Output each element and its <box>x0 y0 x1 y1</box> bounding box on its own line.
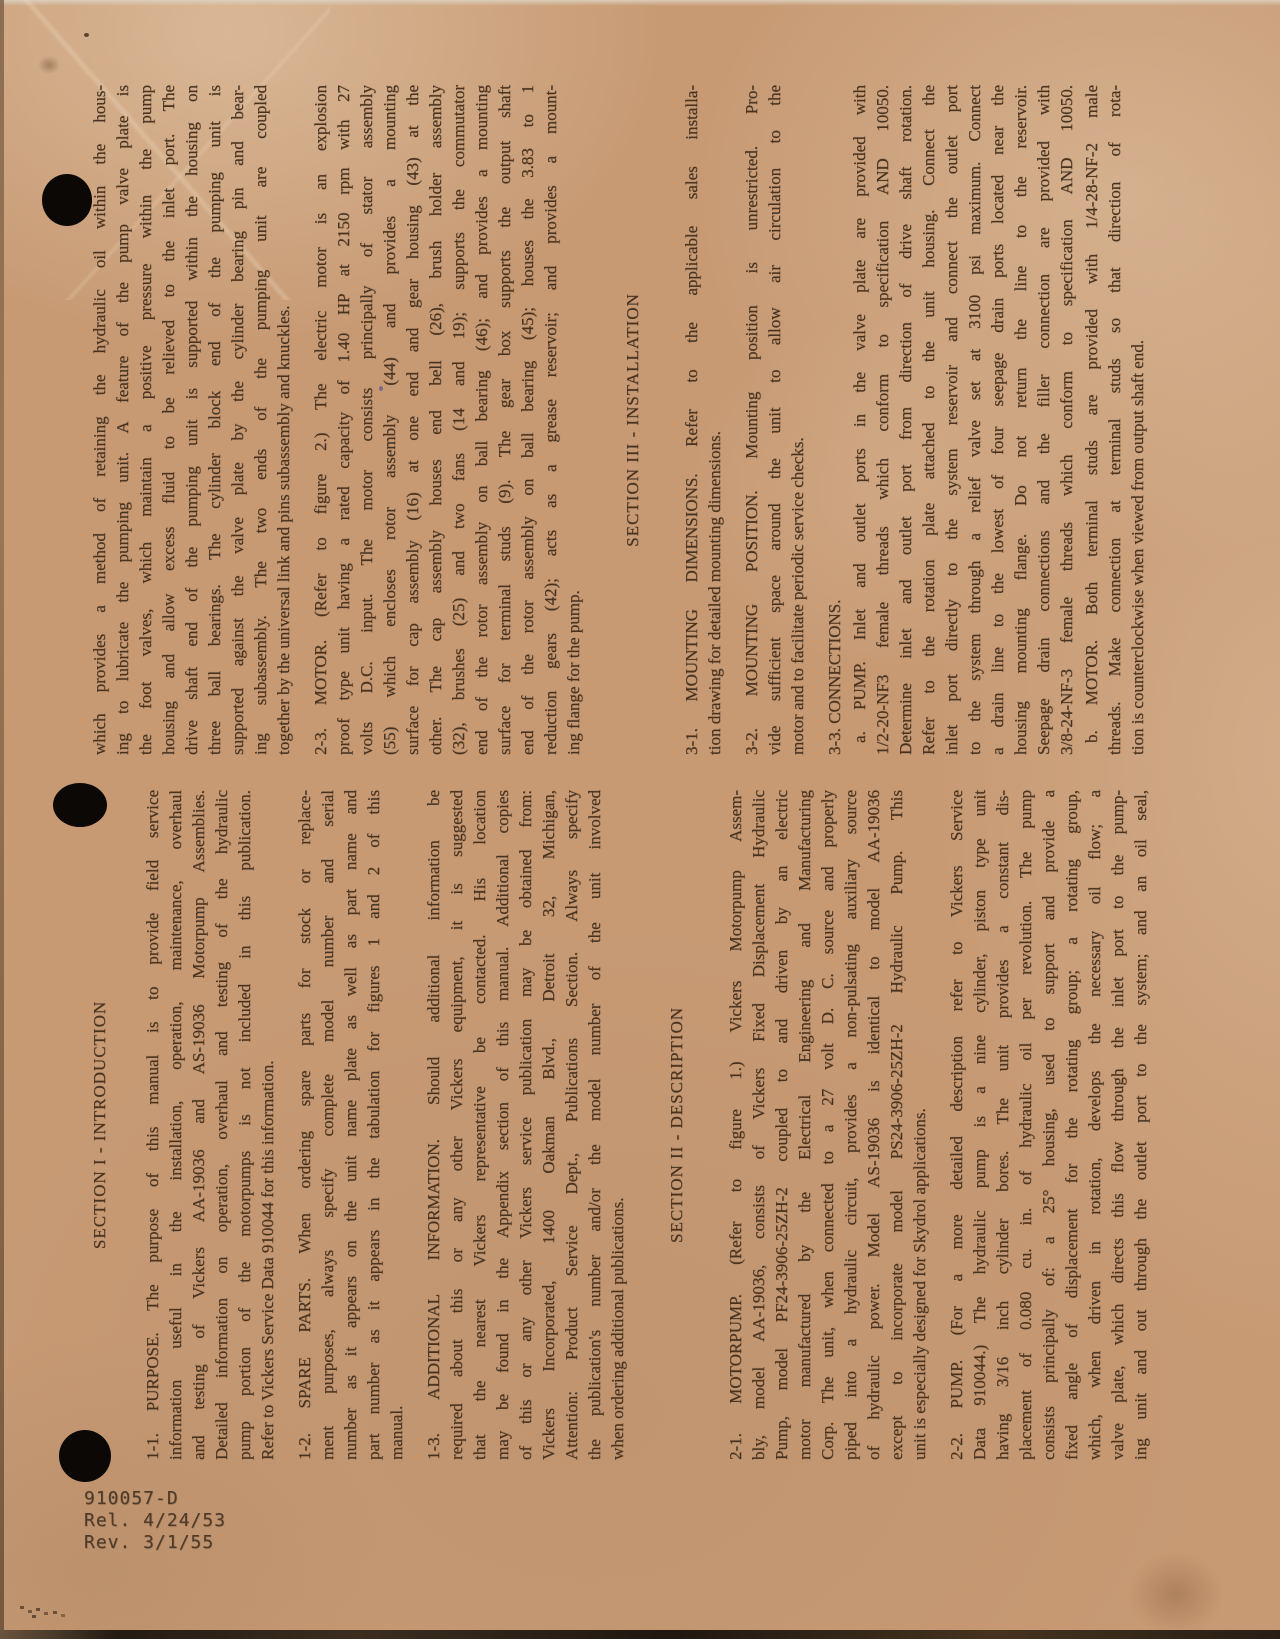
paragraph-2-3-body: 2-3. MOTOR. (Refer to figure 2.) The ele… <box>309 85 562 755</box>
stamp-release-date: Rel. 4/24/53 <box>84 1510 226 1532</box>
stamp-revision-date: Rev. 3/1/55 <box>84 1532 226 1554</box>
paragraph-1-1-lastline: Refer to Vickers Service Data 910044 for… <box>256 790 279 1460</box>
scanned-manual-page: SECTION I - INTRODUCTION 1-1. PURPOSE. T… <box>0 0 1280 1639</box>
paragraph-1-1-body: 1-1. PURPOSE. The purpose of this manual… <box>141 790 256 1460</box>
paragraph-1-2-body: 1-2. SPARE PARTS. When ordering spare pa… <box>293 790 385 1460</box>
section-3-heading: SECTION III - INSTALLATION <box>621 85 644 755</box>
paragraph-2-1: 2-1. MOTORPUMP. (Refer to figure 1.) Vic… <box>724 790 931 1460</box>
paragraph-3-3b-body: b. MOTOR. Both terminal studs are provid… <box>1080 85 1126 755</box>
paragraph-1-2-lastline: manual. <box>385 790 408 1460</box>
paragraph-2-2-continued-body: which provides a method of retaining the… <box>88 85 272 755</box>
section-1-heading: SECTION I - INTRODUCTION <box>88 790 111 1460</box>
paragraph-2-2: 2-2. PUMP. (For a more detailed descript… <box>945 790 1152 1460</box>
paragraph-3-2-body: 3-2. MOUNTING POSITION. Mounting positio… <box>740 85 786 755</box>
rotated-page-content: SECTION I - INTRODUCTION 1-1. PURPOSE. T… <box>0 0 1280 1639</box>
paragraph-2-2-continued-lastline: together by the universal link and pins … <box>272 85 295 755</box>
paper-stain <box>1128 1552 1224 1636</box>
paragraph-3-2-lastline: motor and to facilitate periodic service… <box>786 85 809 755</box>
paragraph-3-3b-lastline: tion is counterclockwise when viewed fro… <box>1126 85 1149 755</box>
paragraph-3-3-heading-line: 3-3. CONNECTIONS. <box>823 85 846 755</box>
paragraph-2-2-continued: which provides a method of retaining the… <box>88 85 295 755</box>
paragraph-1-2: 1-2. SPARE PARTS. When ordering spare pa… <box>293 790 408 1460</box>
punch-hole-bottom <box>59 1430 111 1482</box>
paragraph-3-1-body: 3-1. MOUNTING DIMENSIONS. Refer to the a… <box>680 85 703 755</box>
paragraph-3-3a-body: a. PUMP. Inlet and outlet ports in the v… <box>848 85 1078 755</box>
paragraph-3-3b: b. MOTOR. Both terminal studs are provid… <box>1080 85 1149 755</box>
section-2-heading: SECTION II - DESCRIPTION <box>665 790 688 1460</box>
punch-hole-top <box>42 174 92 226</box>
punch-hole-middle <box>53 783 107 827</box>
paragraph-3-1: 3-1. MOUNTING DIMENSIONS. Refer to the a… <box>680 85 726 755</box>
paragraph-2-3: 2-3. MOTOR. (Refer to figure 2.) The ele… <box>309 85 585 755</box>
paragraph-2-1-body: 2-1. MOTORPUMP. (Refer to figure 1.) Vic… <box>724 790 908 1460</box>
left-column: SECTION I - INTRODUCTION 1-1. PURPOSE. T… <box>88 790 1166 1460</box>
paragraph-1-3-lastline: when ordering additional publications. <box>606 790 629 1460</box>
paragraph-3-1-lastline: tion drawing for detailed mounting dimen… <box>703 85 726 755</box>
paragraph-3-3-heading: 3-3. CONNECTIONS. <box>823 85 846 755</box>
scan-edge-bottom <box>0 1630 1280 1639</box>
paragraph-1-1: 1-1. PURPOSE. The purpose of this manual… <box>141 790 279 1460</box>
paragraph-3-2: 3-2. MOUNTING POSITION. Mounting positio… <box>740 85 809 755</box>
paragraph-3-3a: a. PUMP. Inlet and outlet ports in the v… <box>848 85 1078 755</box>
document-id-stamp: 910057-D Rel. 4/24/53 Rev. 3/1/55 <box>84 1488 226 1554</box>
right-column: which provides a method of retaining the… <box>88 85 1163 755</box>
paragraph-1-3: 1-3. ADDITIONAL INFORMATION. Should addi… <box>422 790 629 1460</box>
paragraph-1-3-body: 1-3. ADDITIONAL INFORMATION. Should addi… <box>422 790 606 1460</box>
paragraph-2-2-body: 2-2. PUMP. (For a more detailed descript… <box>945 790 1152 1460</box>
paragraph-2-3-lastline: ing flange for the pump. <box>562 85 585 755</box>
blue-ink-dot <box>379 386 383 391</box>
pencil-specks <box>20 1606 24 1609</box>
stamp-doc-number: 910057-D <box>84 1488 226 1510</box>
paragraph-2-1-lastline: unit is especially designed for Skydrol … <box>908 790 931 1460</box>
